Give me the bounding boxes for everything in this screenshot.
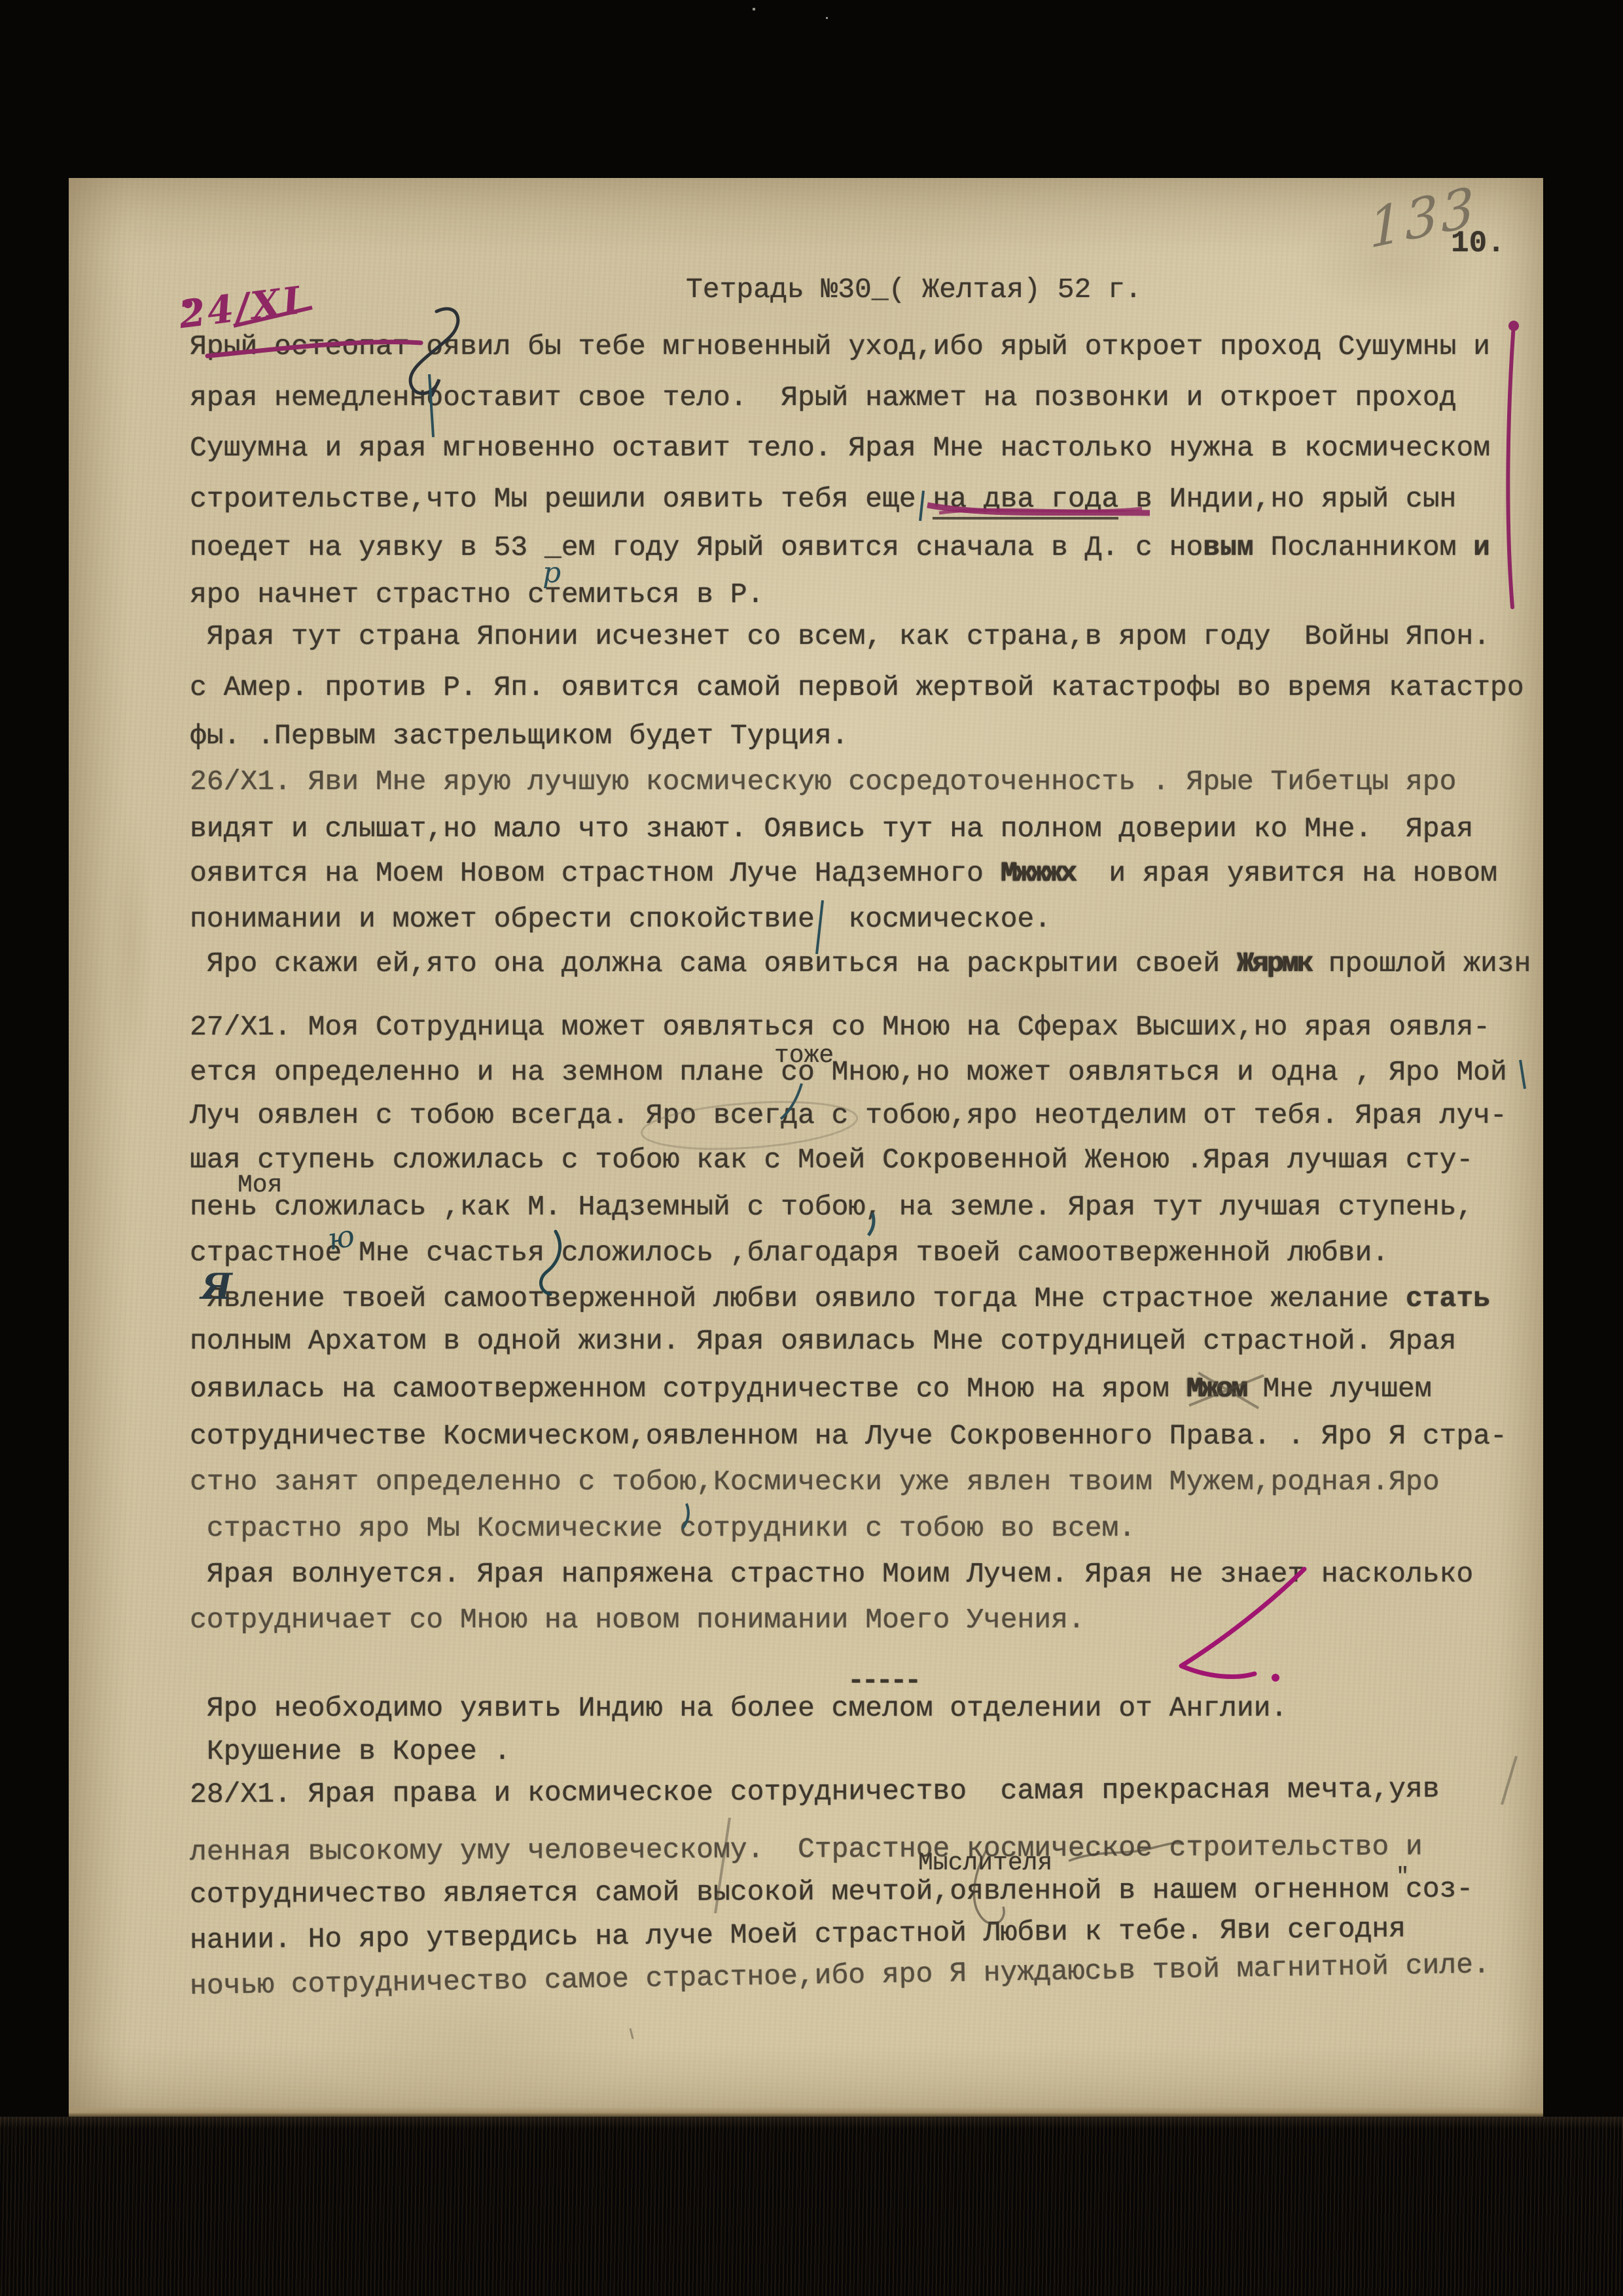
overtyped-text: и: [1473, 531, 1490, 563]
typed-line: Яро скажи ей,ято она должна сама оявитьс…: [190, 947, 1531, 980]
typed-line: 27/X1. Моя Сотрудница может оявляться со…: [190, 1011, 1490, 1044]
typed-line: ленная высокому уму человеческому. Страс…: [190, 1831, 1423, 1869]
typed-line: фы. .Первым застрельщиком будет Турция.: [190, 720, 848, 752]
typed-line: понимании и может обрести спокойствие ко…: [190, 903, 1051, 936]
overtyped-text: вым: [1203, 531, 1253, 563]
line-text: 28/X1. Ярая права и космическое сотрудни…: [190, 1773, 1440, 1810]
line-text: понимании и может обрести спокойствие ко…: [190, 903, 1051, 935]
magenta-dot-mark: [1272, 1674, 1279, 1682]
line-text: Явление твоей самоотверженной любви ояви…: [190, 1282, 1406, 1315]
teal-edge-mark: [1520, 1060, 1525, 1089]
paper-bottom-edge: [69, 2107, 1543, 2117]
line-text: яро начнет страстно стемиться в Р.: [190, 578, 764, 610]
typed-line: ется определенно и на земном плане со Мн…: [190, 1056, 1507, 1089]
notebook-title: Тетрадь №30_( Желтая) 52 г.: [686, 274, 1142, 306]
line-text: страстно яро Мы Космические сотрудники с…: [190, 1512, 1135, 1544]
typed-line: полным Архатом в одной жизни. Ярая оявил…: [190, 1325, 1456, 1358]
line-text: нании. Но яро утвердись на луче Моей стр…: [190, 1913, 1406, 1956]
typed-line: оявится на Моем Новом страстном Луче Над…: [190, 857, 1497, 890]
line-text: 26/X1. Яви Мне ярую лучшую космическую с…: [190, 766, 1456, 798]
typed-line: ярая немедленнооставит свое тело. Ярый н…: [190, 381, 1456, 414]
line-text: Ярый остеопат оявил бы тебе мгновенный у…: [190, 330, 1490, 362]
typed-line: Ярая тут страна Японии исчезнет со всем,…: [190, 620, 1490, 653]
book-edge-texture: [0, 2117, 1623, 2296]
struck-overtyped-word: Мжжжх: [1001, 857, 1075, 889]
underlined-text: на два года: [933, 483, 1118, 520]
line-text: Мне лучшем: [1246, 1373, 1432, 1405]
typed-line: Яро необходимо уявить Индию на более сме…: [190, 1692, 1287, 1725]
line-text: и ярая уявится на новом: [1075, 857, 1497, 889]
dust-speck: [753, 8, 755, 10]
line-text: Ярая волнуется. Ярая напряжена страстно …: [190, 1558, 1473, 1590]
typed-line: Сушумна и ярая мгновенно оставит тело. Я…: [190, 432, 1490, 465]
line-text: ярая немедленнооставит свое тело. Ярый н…: [190, 381, 1456, 414]
line-text: сотрудничестве Космическом,оявленном на …: [190, 1420, 1507, 1452]
handwritten-letter-ya: Я: [201, 1265, 232, 1307]
typed-line: сотрудничестве Космическом,оявленном на …: [190, 1420, 1507, 1453]
line-text: ночью сотрудничество самое страстное,ибо…: [190, 1949, 1490, 2002]
line-text: Посланником: [1254, 531, 1473, 563]
typed-line: строительстве,что Мы решили оявить тебя …: [190, 483, 1456, 516]
line-text: Сушумна и ярая мгновенно оставит тело. Я…: [190, 432, 1490, 464]
typed-line: Крушение в Корее .: [190, 1735, 510, 1768]
inserted-quote-mark: ": [1396, 1865, 1409, 1890]
pencil-speck-mark: [630, 2028, 633, 2039]
typed-line: страстное Мне счастья сложилось ,благода…: [190, 1237, 1389, 1269]
line-text: пень сложилась ,как М. Надземный с тобою…: [190, 1191, 1473, 1223]
overtyped-text: стать: [1406, 1282, 1490, 1315]
handwritten-letter-r: р: [543, 556, 561, 590]
typed-line: сотрудничает со Мною на новом понимании …: [190, 1604, 1085, 1636]
document-page: 133 10. Тетрадь №30_( Желтая) 52 г. 24/X…: [69, 178, 1543, 2117]
line-text: прошлой жизн: [1311, 947, 1531, 980]
typed-line: нании. Но яро утвердись на луче Моей стр…: [190, 1913, 1406, 1957]
typed-line: Явление твоей самоотверженной любви ояви…: [190, 1282, 1490, 1315]
line-text: ется определенно и на земном плане со Мн…: [190, 1056, 1507, 1088]
line-text: стно занят определенно с тобою,Космическ…: [190, 1466, 1440, 1498]
typed-line: видят и слышат,но мало что знают. Оявись…: [190, 813, 1473, 845]
line-text: поедет на уявку в 53 _ем году Ярый оявит…: [190, 531, 1203, 563]
paper-stain: [108, 806, 154, 1081]
page-number: 10.: [1451, 226, 1505, 260]
line-text: строительстве,что Мы решили оявить тебя …: [190, 483, 933, 515]
typed-line: пень сложилась ,как М. Надземный с тобою…: [190, 1191, 1473, 1224]
line-text: с Амер. против Р. Яп. оявится самой перв…: [190, 671, 1524, 703]
typed-line: с Амер. против Р. Яп. оявится самой перв…: [190, 671, 1524, 704]
margin-line-blob: [1508, 321, 1519, 331]
line-text: Ярая тут страна Японии исчезнет со всем,…: [190, 620, 1490, 652]
line-text: сотрудничество является самой высокой ме…: [190, 1873, 1473, 1911]
typed-line: страстно яро Мы Космические сотрудники с…: [190, 1512, 1135, 1545]
paper-stain: [304, 1984, 645, 2102]
typed-line: Луч оявлен с тобою всегда. Яро всегда с …: [190, 1099, 1507, 1132]
line-text: шая ступень сложилась с тобою как с Моей…: [190, 1144, 1473, 1176]
pencil-stroke-mark: [1502, 1756, 1516, 1805]
line-text: оявилась на самоотверженном сотрудничест…: [190, 1373, 1186, 1405]
line-text: 27/X1. Моя Сотрудница может оявляться со…: [190, 1011, 1490, 1043]
typed-line: шая ступень сложилась с тобою как с Моей…: [190, 1144, 1473, 1176]
right-margin-line-mark: [1508, 325, 1514, 607]
typed-line: яро начнет страстно стемиться в Р.: [190, 578, 764, 611]
margin-date-handwritten: 24/XI: [177, 278, 305, 338]
typed-line: Ярый остеопат оявил бы тебе мгновенный у…: [190, 330, 1490, 363]
line-text: Яро необходимо уявить Индию на более сме…: [190, 1692, 1287, 1724]
line-text: ленная высокому уму человеческому. Страс…: [190, 1831, 1423, 1868]
typed-line: 26/X1. Яви Мне ярую лучшую космическую с…: [190, 766, 1456, 798]
typed-line: оявилась на самоотверженном сотрудничест…: [190, 1373, 1432, 1405]
line-text: Яро скажи ей,ято она должна сама оявитьс…: [190, 947, 1237, 980]
line-text: фы. .Первым застрельщиком будет Турция.: [190, 720, 848, 752]
typed-line: стно занят определенно с тобою,Космическ…: [190, 1466, 1440, 1498]
typed-line: ночью сотрудничество самое страстное,ибо…: [190, 1949, 1490, 2003]
line-text: видят и слышат,но мало что знают. Оявись…: [190, 813, 1473, 845]
scanned-photo: 133 10. Тетрадь №30_( Желтая) 52 г. 24/X…: [0, 0, 1623, 2296]
line-text: Луч оявлен с тобою всегда. Яро всегда с …: [190, 1099, 1507, 1131]
typed-line: 28/X1. Ярая права и космическое сотрудни…: [190, 1773, 1440, 1811]
typed-line: поедет на уявку в 53 _ем году Ярый оявит…: [190, 531, 1490, 564]
line-text: в Индии,но ярый сын: [1118, 483, 1456, 515]
typed-line: сотрудничество является самой высокой ме…: [190, 1873, 1473, 1911]
inserted-word-myslitelya: Мыслителя: [918, 1849, 1052, 1877]
line-text: страстное Мне счастья сложилось ,благода…: [190, 1237, 1389, 1269]
struck-overtyped-word: Жярмк: [1237, 947, 1311, 980]
line-text: полным Архатом в одной жизни. Ярая оявил…: [190, 1325, 1456, 1357]
line-text: оявится на Моем Новом страстном Луче Над…: [190, 857, 1001, 889]
inserted-word-tozhe: тоже: [774, 1042, 834, 1070]
line-text: Крушение в Корее .: [190, 1735, 510, 1767]
struck-overtyped-word: Мжом: [1186, 1373, 1245, 1405]
inserted-word-moya: Моя: [238, 1171, 282, 1199]
line-text: сотрудничает со Мною на новом понимании …: [190, 1604, 1085, 1636]
dust-speck: [826, 17, 828, 19]
typed-line: Ярая волнуется. Ярая напряжена страстно …: [190, 1558, 1473, 1591]
